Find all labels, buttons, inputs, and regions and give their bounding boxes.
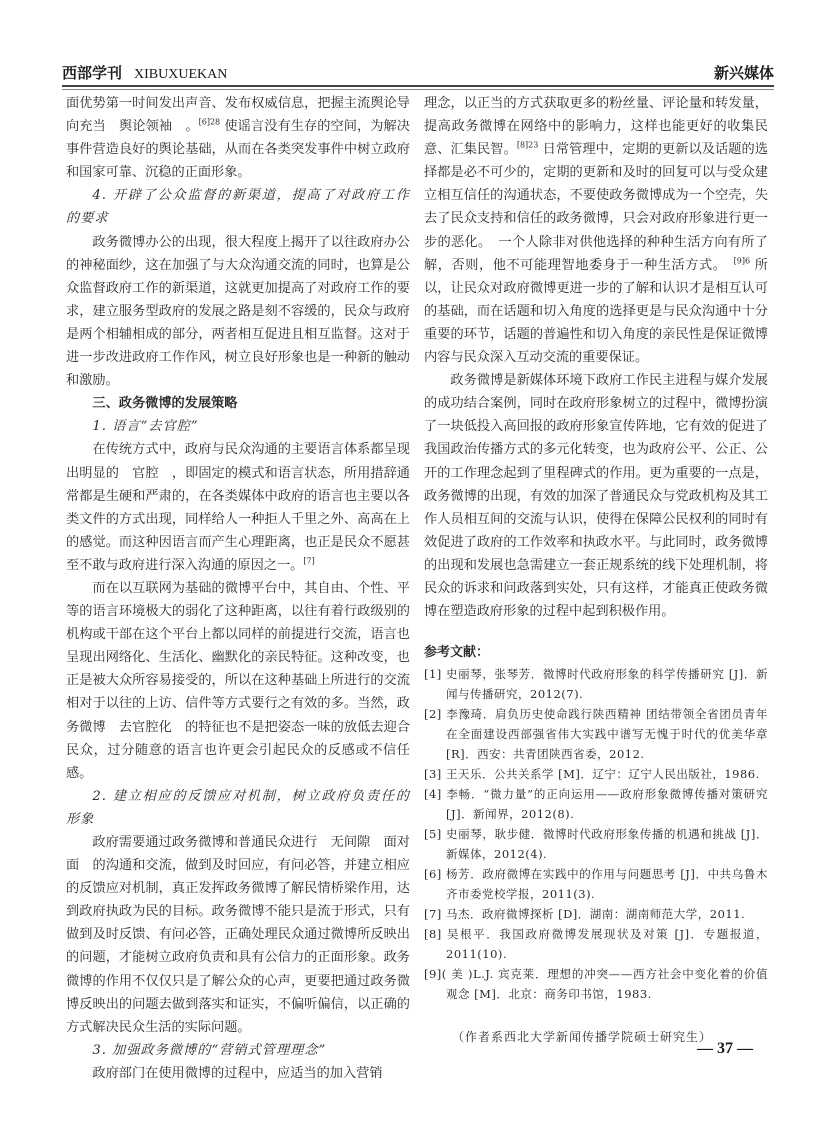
paragraph: 政务微博是新媒体环境下政府工作民主进程与媒介发展的成功结合案例，同时在政府形象树… <box>424 369 768 623</box>
subheading-2: 2. 建立相应的反馈应对机制，树立政府负责任的形象 <box>66 785 410 831</box>
subheading-3: 3. 加强政务微博的“营销式管理理念” <box>66 1039 410 1062</box>
paragraph: 政府需要通过政务微博和普通民众进行 无间隙 面对面 的沟通和交流，做到及时回应，… <box>66 831 410 1039</box>
header-rule-thick <box>62 85 774 87</box>
paragraph: 理念，以正当的方式获取更多的粉丝量、评论量和转发量，提高政务微博在网络中的影响力… <box>424 92 768 369</box>
subheading-1: 1. 语言“去官腔” <box>66 415 410 438</box>
paragraph: 而在以互联网为基础的微博平台中，其自由、个性、平等的语言环境极大的弱化了这种距离… <box>66 577 410 785</box>
paragraph: 面优势第一时间发出声音、发布权威信息，把握主流舆论导向充当 舆论领袖 。[6]2… <box>66 92 410 184</box>
reference-item: [5] 史丽琴，耿步健．微博时代政府形象传播的机遇和挑战 [J]．新媒体，201… <box>424 824 768 864</box>
paragraph: 政府部门在使用微博的过程中，应适当的加入营销 <box>66 1062 410 1085</box>
header-rule-thin <box>62 89 774 90</box>
journal-name: 西部学刊XIBUXUEKAN <box>62 62 227 83</box>
citation: [6]28 <box>199 118 221 127</box>
subheading-4: 4. 开辟了公众监督的新渠道，提高了对政府工作的要求 <box>66 184 410 230</box>
reference-item: [1] 史丽琴，张琴芳．微博时代政府形象的科学传播研究 [J]．新闻与传播研究，… <box>424 664 768 704</box>
reference-item: [4] 李畅．“微力量”的正向运用——政府形象微博传播对策研究 [J]．新闻界，… <box>424 784 768 824</box>
section-name: 新兴媒体 <box>714 62 774 83</box>
journal-name-en: XIBUXUEKAN <box>134 67 227 82</box>
running-header: 西部学刊XIBUXUEKAN 新兴媒体 <box>62 62 774 86</box>
reference-item: [3] 王天乐．公共关系学 [M]．辽宁：辽宁人民出版社，1986. <box>424 764 768 784</box>
reference-item: [7] 马杰．政府微博探析 [D]．湖南：湖南师范大学，2011. <box>424 904 768 924</box>
reference-item: [8] 吴根平．我国政府微博发展现状及对策 [J]．专题报道，2011(10). <box>424 924 768 964</box>
citation: [9]6 <box>734 256 750 265</box>
paragraph: 在传统方式中，政府与民众沟通的主要语言体系都呈现出明显的 官腔 ，即固定的模式和… <box>66 438 410 577</box>
references-heading: 参考文献： <box>424 641 768 664</box>
citation: [8]23 <box>517 141 539 150</box>
section-heading-3: 三、政务微博的发展策略 <box>66 392 410 415</box>
paragraph: 政务微博办公的出现，很大程度上揭开了以往政府办公的神秘面纱，这在加强了与大众沟通… <box>66 231 410 393</box>
citation: [7] <box>303 556 314 565</box>
left-column: 面优势第一时间发出声音、发布权威信息，把握主流舆论导向充当 舆论领袖 。[6]2… <box>66 92 410 1085</box>
journal-name-cn: 西部学刊 <box>62 64 122 82</box>
reference-item: [6] 杨芳．政府微博在实践中的作用与问题思考 [J]．中共乌鲁木齐市委党校学报… <box>424 864 768 904</box>
page-number: — 37 — <box>697 1040 753 1058</box>
reference-item: [2] 李豫琦．肩负历史使命践行陕西精神 团结带领全省团员青年在全面建设西部强省… <box>424 704 768 764</box>
reference-item: [9]( 美 )L.J. 宾克莱．理想的冲突——西方社会中变化着的价值观念 [M… <box>424 964 768 1004</box>
right-column: 理念，以正当的方式获取更多的粉丝量、评论量和转发量，提高政务微博在网络中的影响力… <box>424 92 768 1049</box>
